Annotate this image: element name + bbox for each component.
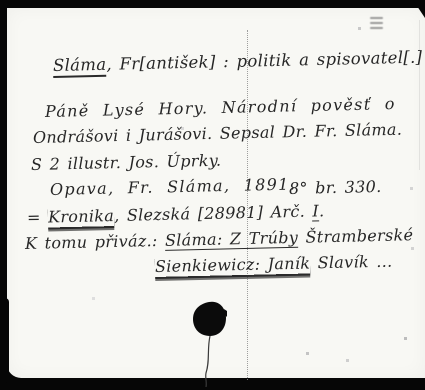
series-suffix: . <box>319 201 325 220</box>
title-line-1: Páně Lysé Hory. Národní pověsť o <box>45 94 396 121</box>
series-line: = Kronika, Slezská [28981] Arč. I. <box>27 201 325 227</box>
binding-note-rest: Štramberské <box>298 225 414 247</box>
catalog-card: Sláma, Fr[antišek] : politik a spisovate… <box>7 8 425 378</box>
illustration-line: S 2 illustr. Jos. Úprky. <box>31 151 222 175</box>
heading-line: Sláma, Fr[antišek] : politik a spisovate… <box>53 48 423 76</box>
binding-note-2-rest: Slavík ... <box>310 252 393 273</box>
heading-rest: , Fr[antišek] : politik a spisovatel[.] <box>106 48 422 74</box>
series-prefix: = <box>27 208 49 227</box>
scan-edge-notch <box>0 298 9 383</box>
binding-note-title: Sláma: Z Trúby <box>165 228 299 251</box>
binding-note-line: K tomu přiváz.: Sláma: Z Trúby Štrambers… <box>25 225 414 253</box>
scan-background: Sláma, Fr[antišek] : politik a spisovate… <box>0 0 425 390</box>
author-name: Sláma <box>53 55 107 78</box>
stamp-smudge <box>370 14 386 32</box>
paper-speckles <box>7 8 8 9</box>
imprint-place-line: Opava, Fr. Sláma, 1891. <box>50 174 296 199</box>
series-mid: , Slezská [28981] Arč. <box>114 202 313 225</box>
ink-blot <box>185 301 239 387</box>
binding-note-line-2: Sienkiewicz: Janík Slavík ... <box>155 252 393 277</box>
binding-note-2-title: Sienkiewicz: Janík <box>155 253 311 277</box>
series-title: Kronika <box>48 206 114 227</box>
format-inventory-note: 8° br. 330. <box>289 177 382 198</box>
binding-note-prefix: K tomu přiváz.: <box>25 231 165 253</box>
title-line-2: Ondrášovi i Jurášovi. Sepsal Dr. Fr. Slá… <box>33 120 403 148</box>
card-edge-shadow <box>419 20 420 170</box>
